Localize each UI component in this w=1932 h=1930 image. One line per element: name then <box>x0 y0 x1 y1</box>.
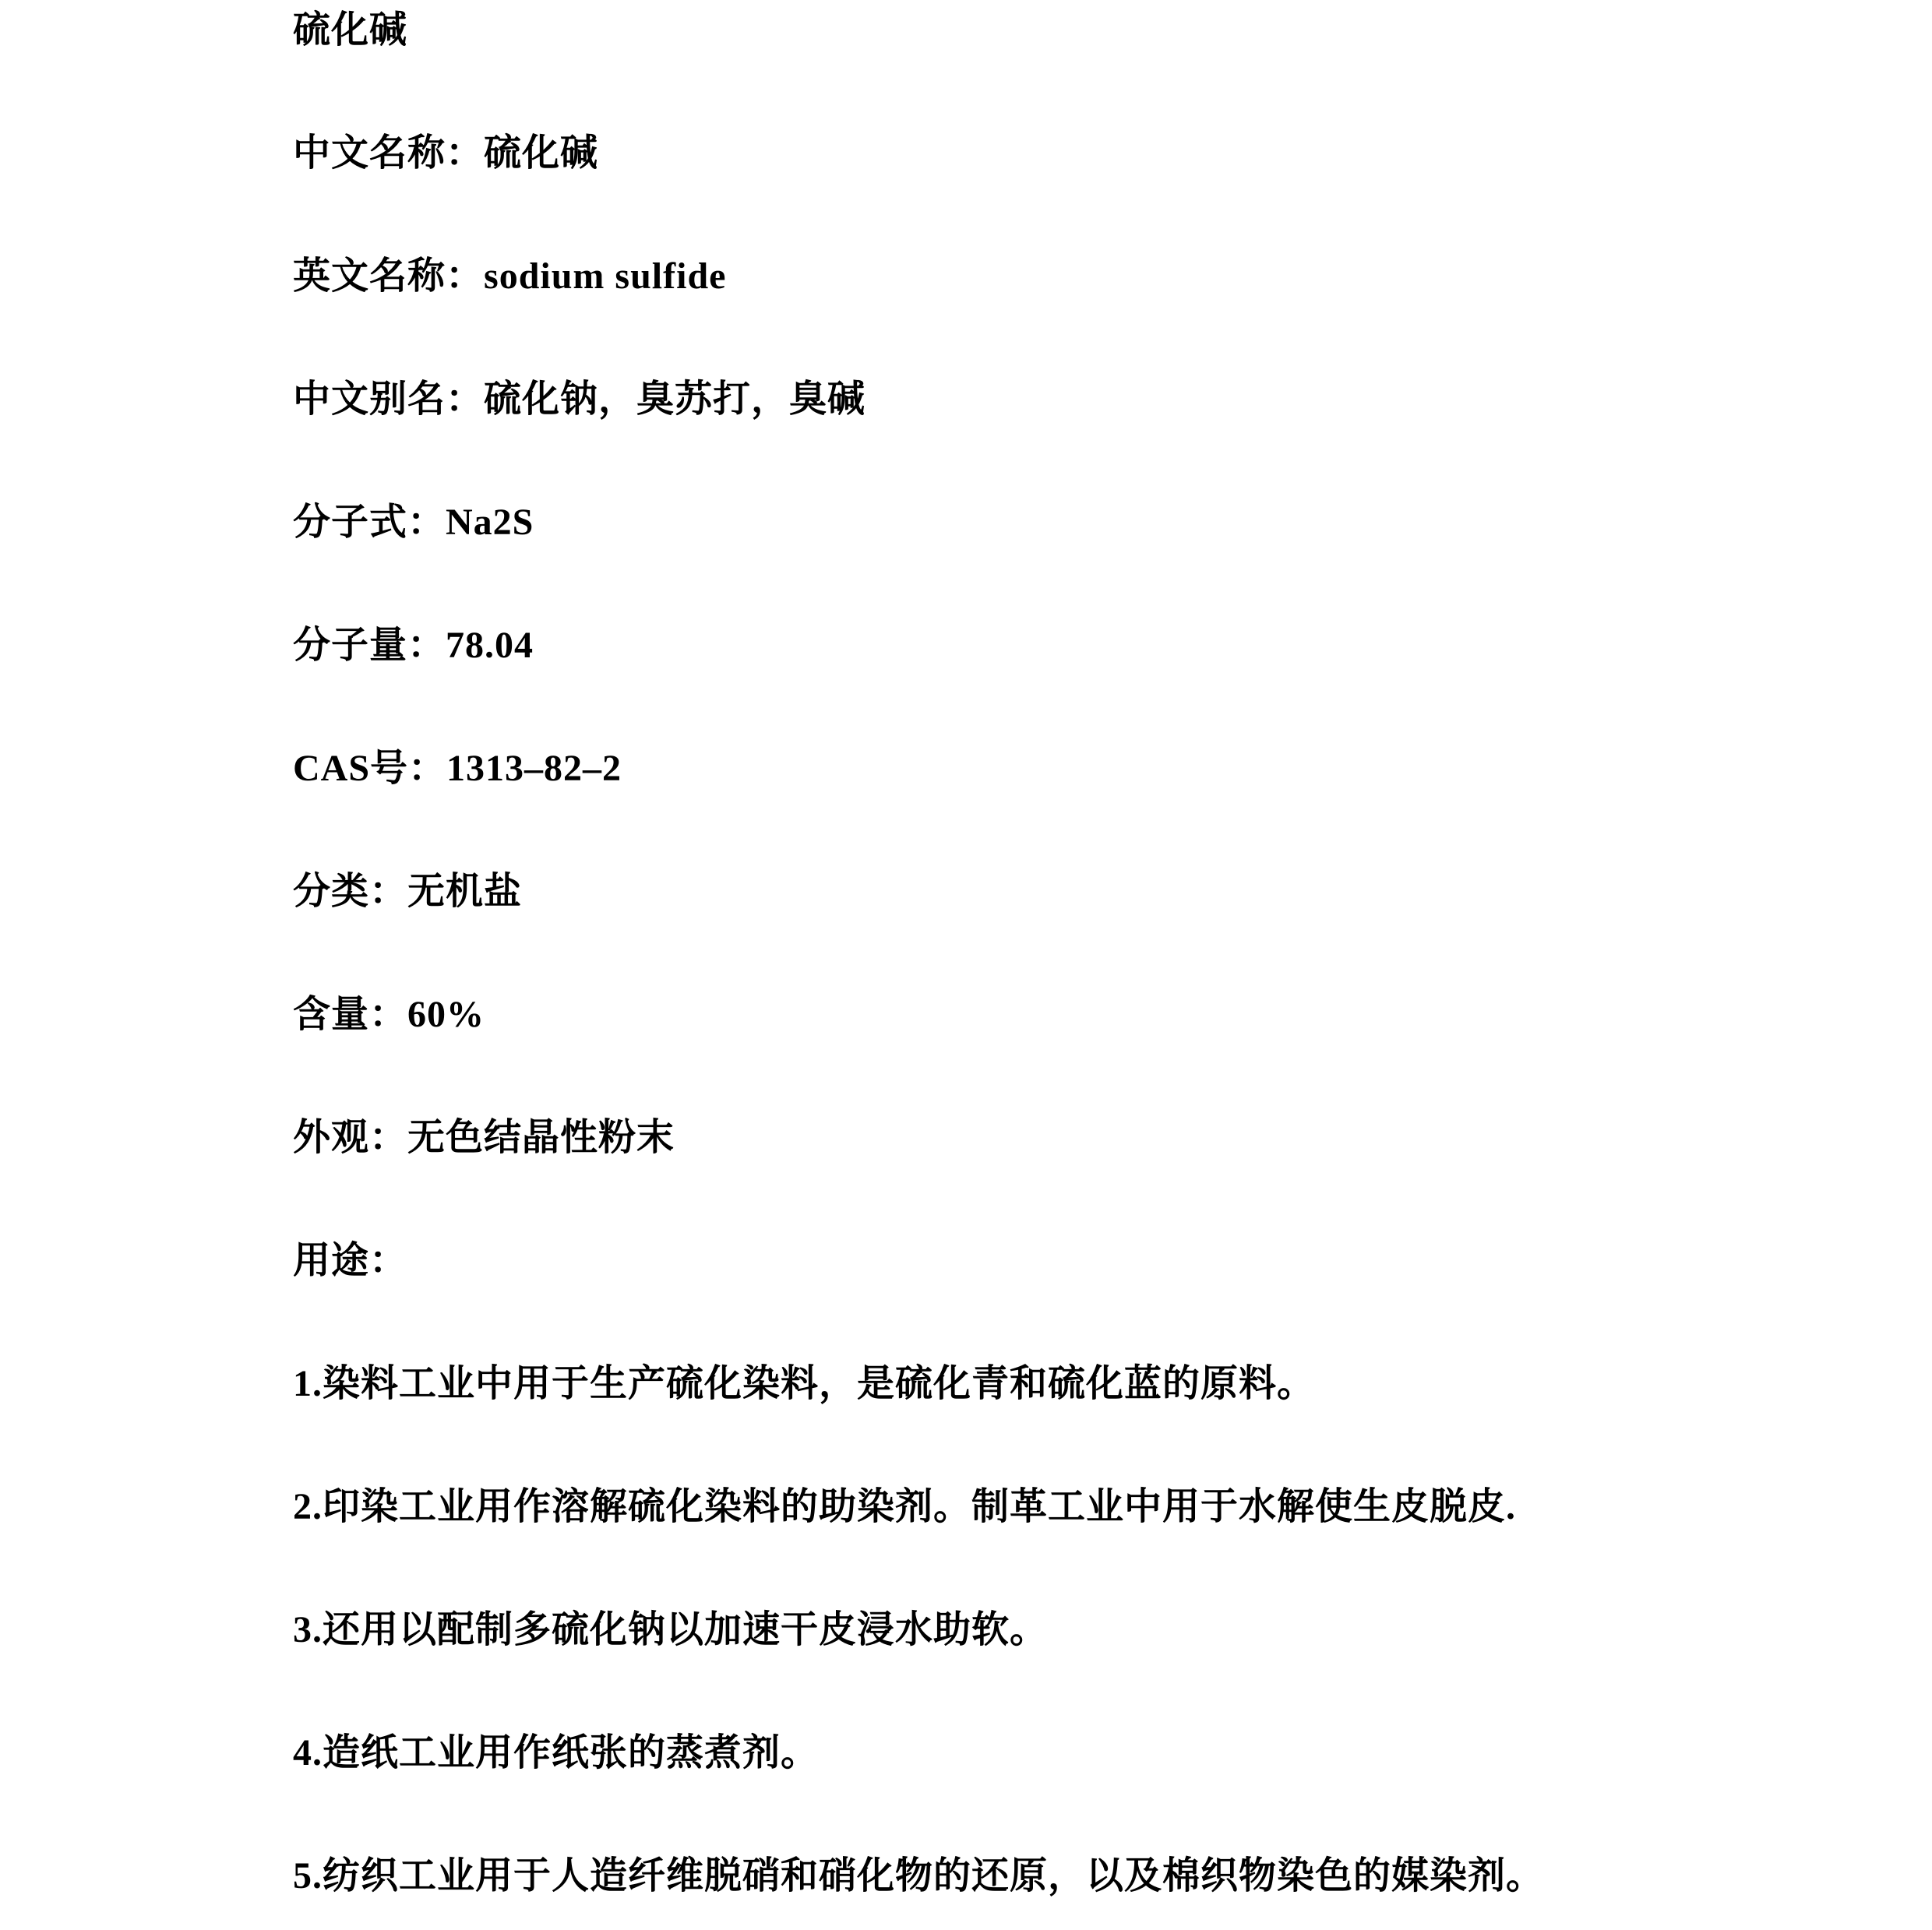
field-appearance: 外观：无色结晶性粉末 <box>293 1118 1885 1157</box>
field-chinese-alias: 中文别名：硫化钠，臭苏打，臭碱 <box>293 380 1885 419</box>
usage-heading: 用途： <box>293 1241 1885 1280</box>
field-chinese-alias-label: 中文别名： <box>293 379 484 420</box>
usage-item-5: 5.纺织工业用于人造纤维脱硝和硝化物的还原，以及棉织物染色的媒染剂。 <box>293 1857 1885 1896</box>
field-category-value: 无机盐 <box>407 871 522 912</box>
field-chinese-name-label: 中文名称： <box>293 132 484 174</box>
field-english-name-value: sodium sulfide <box>484 255 726 297</box>
field-cas-number: CAS号：1313–82–2 <box>293 749 1885 788</box>
field-molecular-formula-label: 分子式： <box>293 502 446 543</box>
field-category: 分类：无机盐 <box>293 872 1885 911</box>
usage-item-3: 3.还用以配制多硫化钠以加速干皮浸水助软。 <box>293 1611 1885 1650</box>
field-appearance-label: 外观： <box>293 1117 407 1158</box>
field-cas-number-label: CAS号： <box>293 748 446 789</box>
field-appearance-value: 无色结晶性粉末 <box>407 1117 675 1158</box>
document-title: 硫化碱 <box>293 11 1885 50</box>
usage-item-1: 1.染料工业中用于生产硫化染料，是硫化青和硫化蓝的原料。 <box>293 1365 1885 1403</box>
field-category-label: 分类： <box>293 871 407 912</box>
field-molecular-formula: 分子式：Na2S <box>293 503 1885 542</box>
field-molecular-weight-value: 78.04 <box>446 625 534 666</box>
field-molecular-weight-label: 分子量： <box>293 625 446 666</box>
field-content-percentage-label: 含量： <box>293 994 407 1035</box>
field-english-name: 英文名称：sodium sulfide <box>293 257 1885 296</box>
usage-item-4: 4.造纸工业用作纸张的蒸煮剂。 <box>293 1734 1885 1773</box>
field-content-percentage-value: 60% <box>407 994 485 1035</box>
field-chinese-name: 中文名称：硫化碱 <box>293 134 1885 173</box>
document-page: 硫化碱 中文名称：硫化碱 英文名称：sodium sulfide 中文别名：硫化… <box>0 0 1932 1930</box>
field-cas-number-value: 1313–82–2 <box>446 748 622 789</box>
usage-item-2: 2.印染工业用作溶解硫化染料的助染剂。制革工业中用于水解使生皮脱皮. <box>293 1488 1885 1527</box>
field-chinese-name-value: 硫化碱 <box>484 132 598 174</box>
field-english-name-label: 英文名称： <box>293 255 484 297</box>
field-chinese-alias-value: 硫化钠，臭苏打，臭碱 <box>484 379 866 420</box>
field-molecular-weight: 分子量：78.04 <box>293 626 1885 665</box>
field-molecular-formula-value: Na2S <box>446 502 534 543</box>
field-content-percentage: 含量：60% <box>293 995 1885 1034</box>
